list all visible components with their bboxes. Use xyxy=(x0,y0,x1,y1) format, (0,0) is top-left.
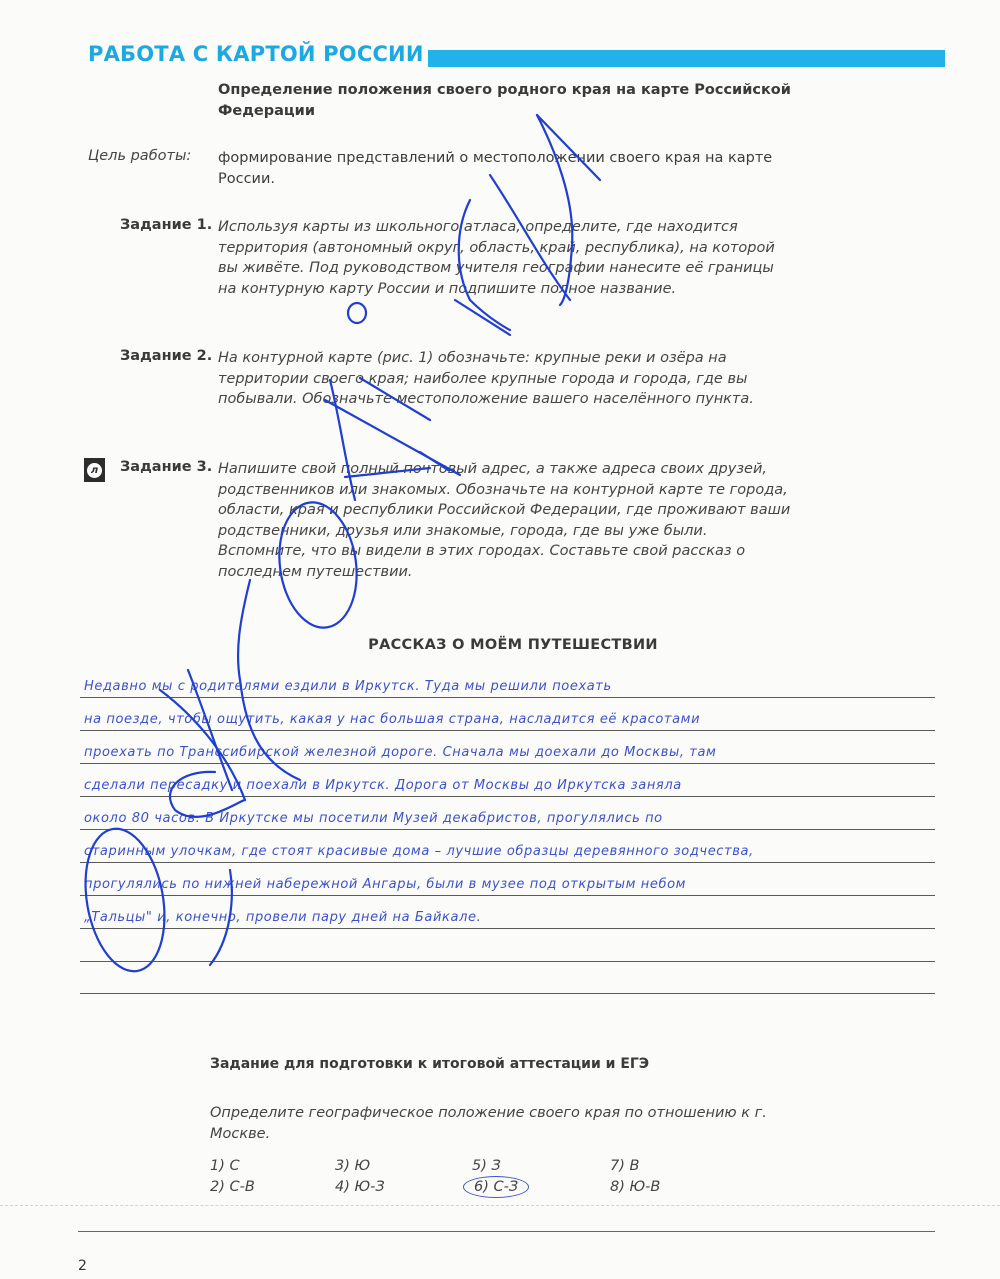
answer-option[interactable]: 5) З xyxy=(472,1158,501,1174)
task-1-label: Задание 1. xyxy=(120,217,212,233)
ruled-line xyxy=(80,829,935,830)
ruled-line xyxy=(80,862,935,863)
answer-option[interactable]: 4) Ю-З xyxy=(335,1179,385,1195)
answer-option[interactable]: 8) Ю-В xyxy=(610,1179,660,1195)
answer-option-selected[interactable]: 6) С-З xyxy=(463,1176,529,1198)
story-title: РАССКАЗ О МОЁМ ПУТЕШЕСТВИИ xyxy=(0,637,1000,653)
goal-label: Цель работы: xyxy=(88,148,191,164)
ruled-line xyxy=(80,993,935,994)
handwritten-line: „Тальцы" и, конечно, провели пару дней н… xyxy=(84,910,954,925)
answer-option[interactable]: 3) Ю xyxy=(335,1158,370,1174)
bottom-rule xyxy=(78,1231,935,1232)
ruled-line xyxy=(80,961,935,962)
ruled-line xyxy=(80,796,935,797)
task-1-text: Используя карты из школьного атласа, опр… xyxy=(218,217,793,299)
task-2-text: На контурной карте (рис. 1) обозначьте: … xyxy=(218,348,793,410)
ruled-line xyxy=(80,730,935,731)
work-subtitle: Определение положения своего родного кра… xyxy=(218,80,793,122)
task-3-label: Задание 3. xyxy=(120,459,212,475)
ruled-line xyxy=(80,697,935,698)
answer-option[interactable]: 2) С-В xyxy=(210,1179,255,1195)
handwritten-line: на поезде, чтобы ощутить, какая у нас бо… xyxy=(84,712,954,727)
exam-task-title: Задание для подготовки к итоговой аттест… xyxy=(210,1056,649,1072)
literacy-icon: л xyxy=(84,458,105,482)
goal-text: формирование представлений о местоположе… xyxy=(218,148,793,190)
task-2-label: Задание 2. xyxy=(120,348,212,364)
page-number: 2 xyxy=(78,1258,87,1274)
l-letter-glyph: л xyxy=(87,463,102,478)
header-accent-bar xyxy=(428,50,945,67)
handwritten-line: Недавно мы с родителями ездили в Иркутск… xyxy=(84,679,954,694)
section-title: РАБОТА С КАРТОЙ РОССИИ xyxy=(88,42,424,66)
exam-question: Определите географическое положение свое… xyxy=(210,1103,785,1145)
handwritten-line: около 80 часов. В Иркутске мы посетили М… xyxy=(84,811,954,826)
handwritten-line: проехать по Транссибирской железной доро… xyxy=(84,745,954,760)
ruled-line xyxy=(80,928,935,929)
ruled-line xyxy=(80,763,935,764)
handwritten-line: старинным улочкам, где стоят красивые до… xyxy=(84,844,954,859)
ruled-line xyxy=(80,895,935,896)
handwritten-line: прогулялись по нижней набережной Ангары,… xyxy=(84,877,954,892)
task-3-text: Напишите свой полный почтовый адрес, а т… xyxy=(218,459,793,582)
answer-option[interactable]: 7) В xyxy=(610,1158,639,1174)
answer-option[interactable]: 1) С xyxy=(210,1158,240,1174)
handwritten-line: сделали пересадку и поехали в Иркутск. Д… xyxy=(84,778,954,793)
dashed-divider xyxy=(0,1205,1000,1206)
